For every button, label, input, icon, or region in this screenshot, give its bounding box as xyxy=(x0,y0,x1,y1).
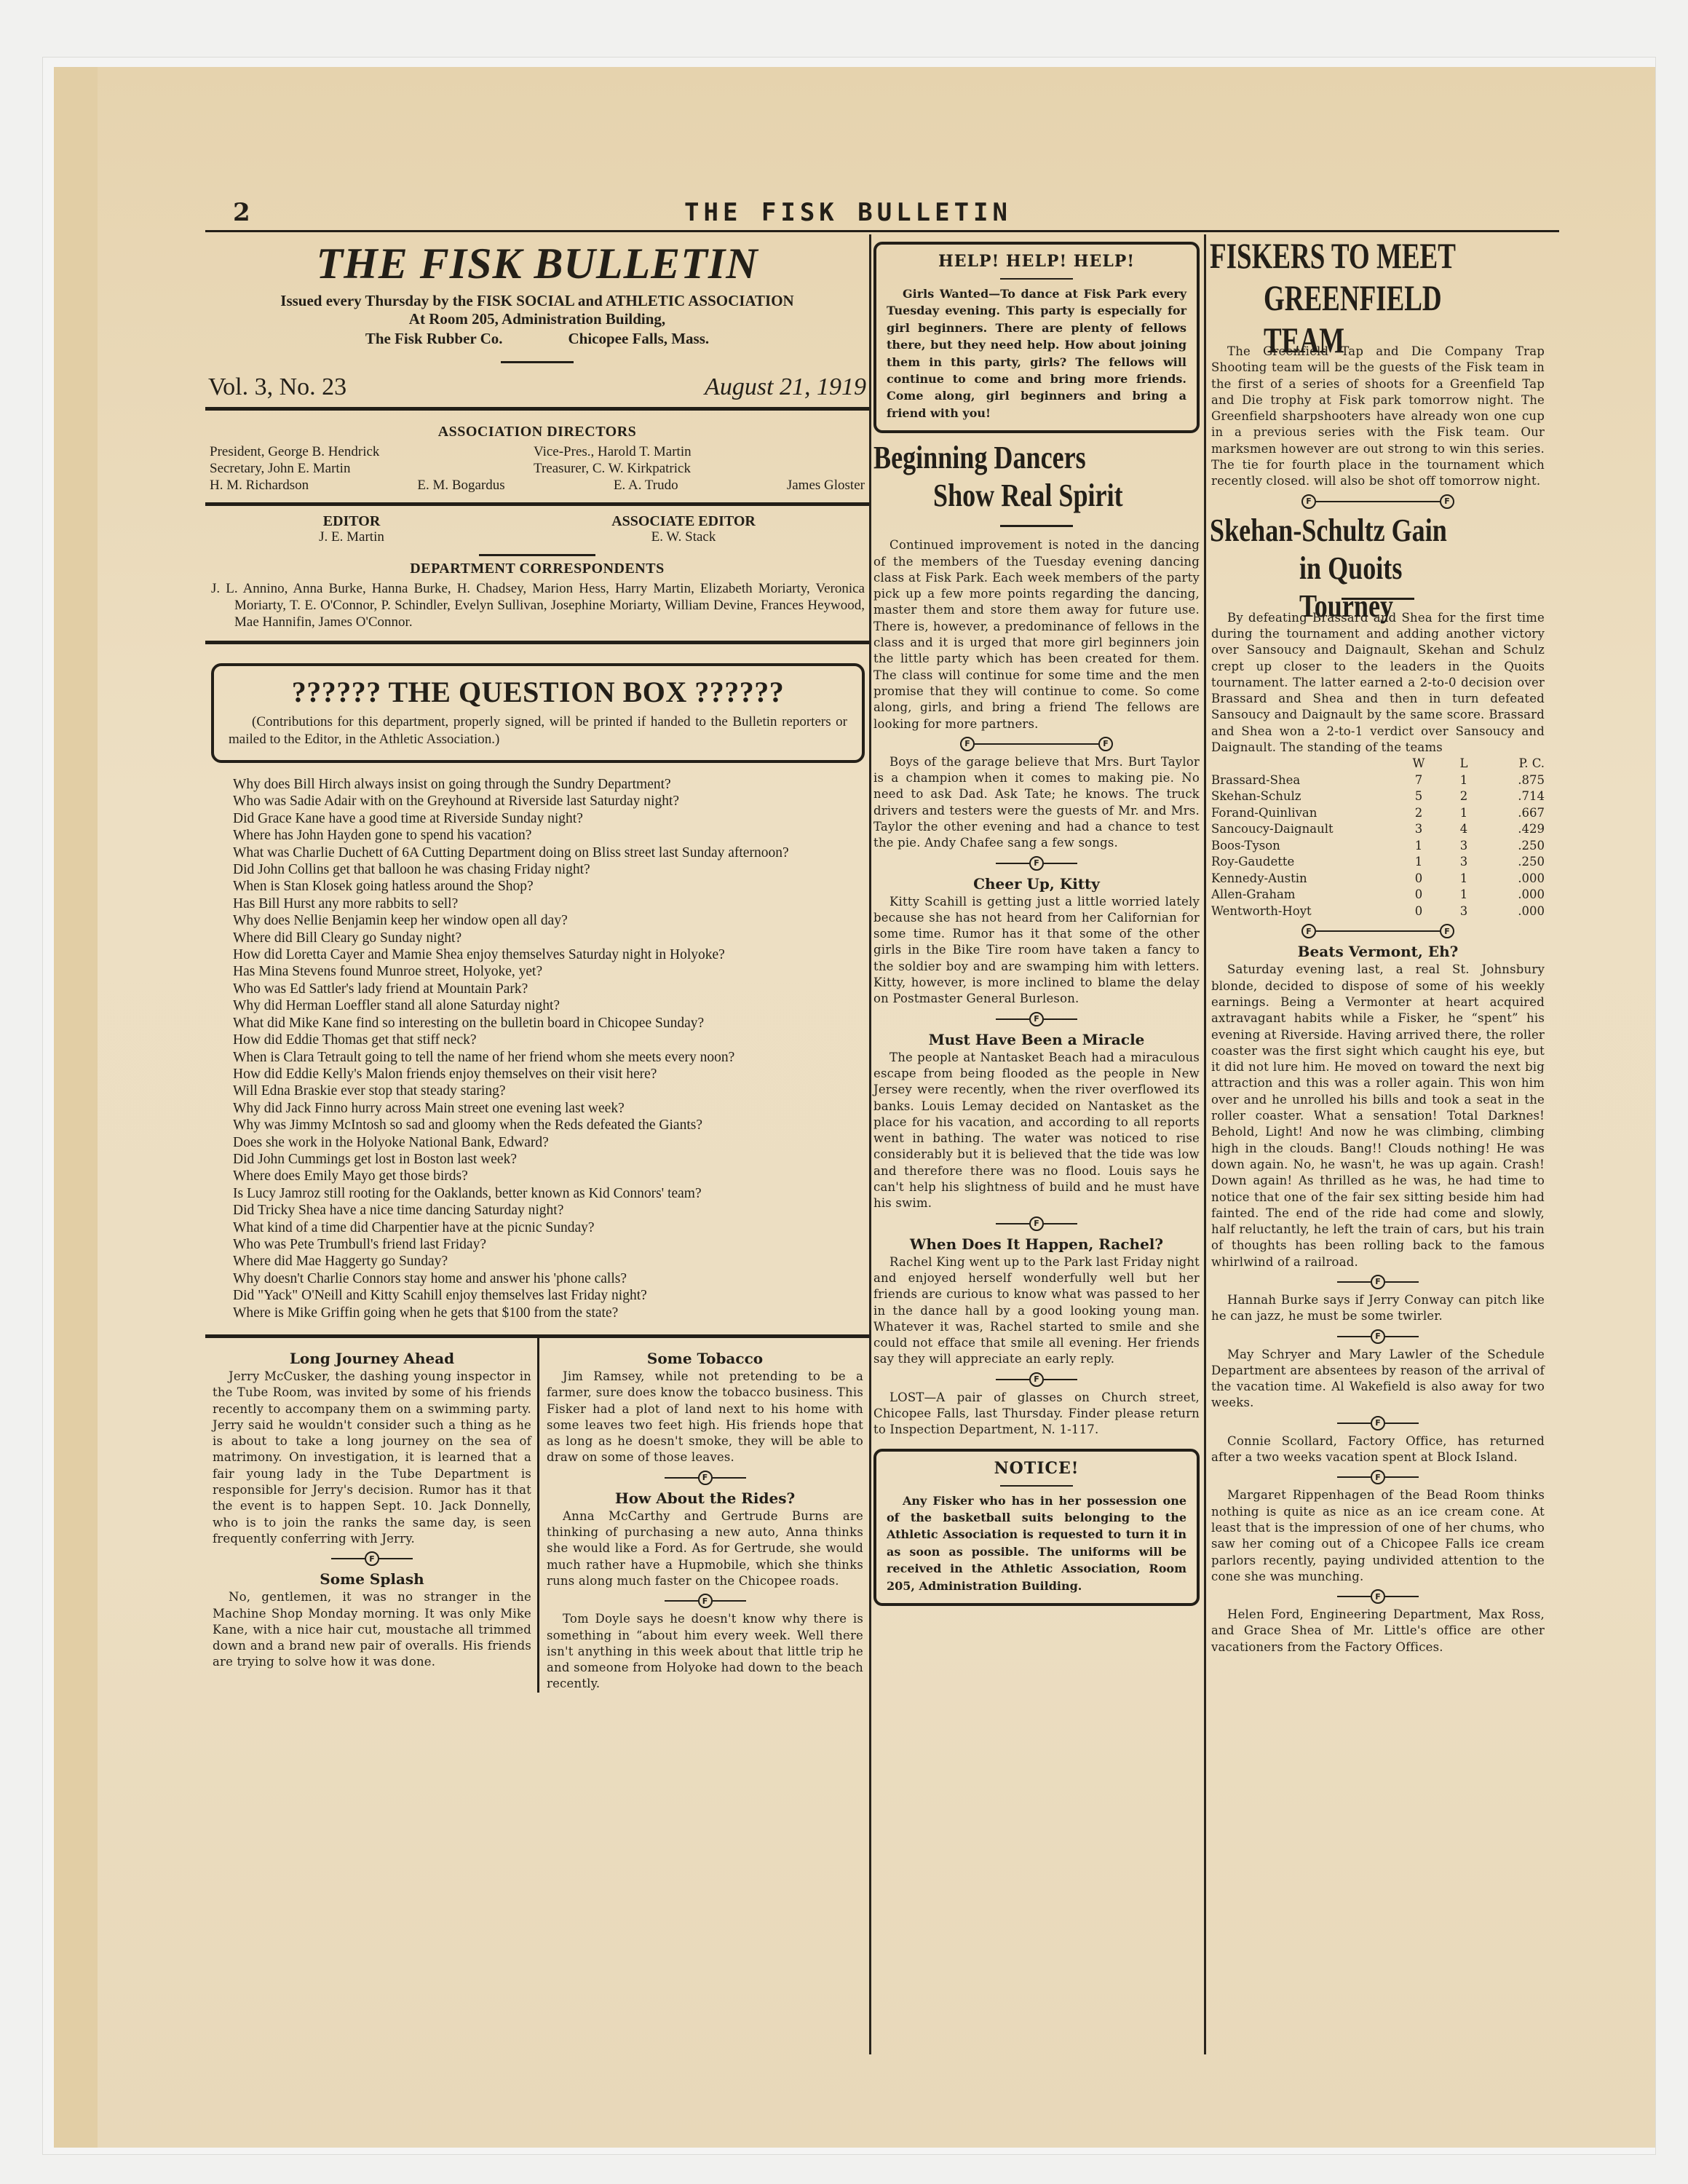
question: When is Stan Klosek going hatless around… xyxy=(210,878,865,895)
article-body: May Schryer and Mary Lawler of the Sched… xyxy=(1211,1347,1545,1412)
masthead-company-line: The Fisk Rubber Co. Chicopee Falls, Mass… xyxy=(205,330,869,348)
article-rippenhagen: Margaret Rippenhagen of the Bead Room th… xyxy=(1207,1487,1549,1585)
running-title: THE FISK BULLETIN xyxy=(684,198,1012,227)
standings-table: W L P. C. Brassard-Shea71.875 Skehan-Sch… xyxy=(1211,756,1545,919)
article-dancers: Continued improvement is noted in the da… xyxy=(871,537,1202,732)
fisk-f-ornament-icon: F xyxy=(1207,1589,1549,1604)
question-box-note: (Contributions for this department, prop… xyxy=(229,713,847,748)
article-long-journey: Long Journey Ahead Jerry McCusker, the d… xyxy=(213,1350,531,1547)
article-ford: Helen Ford, Engineering Department, Max … xyxy=(1207,1607,1549,1655)
notice-box-title: NOTICE! xyxy=(887,1459,1186,1478)
director-member: H. M. Richardson xyxy=(210,477,309,494)
column-header: L xyxy=(1441,756,1486,772)
question: How did Loretta Cayer and Mamie Shea enj… xyxy=(210,946,865,963)
article-title: Long Journey Ahead xyxy=(213,1350,531,1367)
help-box-title: HELP! HELP! HELP! xyxy=(887,252,1186,271)
question: Did Tricky Shea have a nice time dancing… xyxy=(210,1202,865,1219)
standings-header-row: W L P. C. xyxy=(1211,756,1545,772)
section-rule xyxy=(205,641,869,644)
director-treasurer: Treasurer, C. W. Kirkpatrick xyxy=(534,460,691,477)
fisk-f-ornament-icon: F xyxy=(1207,1275,1549,1289)
article-body: Anna McCarthy and Gertrude Burns are thi… xyxy=(547,1508,863,1589)
question: Why does Bill Hirch always insist on goi… xyxy=(210,776,865,793)
question: Has Bill Hurst any more rabbits to sell? xyxy=(210,895,865,912)
question: Did John Collins get that balloon he was… xyxy=(210,861,865,878)
article-body: Connie Scollard, Factory Office, has ret… xyxy=(1211,1433,1545,1466)
table-row: Sancoucy-Daignault34.429 xyxy=(1211,821,1545,838)
article-title: Beats Vermont, Eh? xyxy=(1211,943,1545,960)
question: Does she work in the Holyoke National Ba… xyxy=(210,1134,865,1151)
question: Did Grace Kane have a good time at River… xyxy=(210,810,865,827)
question: Where has John Hayden gone to spend his … xyxy=(210,827,865,844)
volume-number: Vol. 3, No. 23 xyxy=(208,373,346,401)
fisk-f-ornament-icon: F xyxy=(1207,1416,1549,1431)
fisk-f-ornament-icon: F xyxy=(547,1594,863,1608)
headline-dancers: Beginning Dancers Show Real Spirit xyxy=(871,439,1202,521)
editor-label: EDITOR xyxy=(319,513,384,529)
article-body: Kitty Scahill is getting just a little w… xyxy=(873,894,1200,1008)
article-title: Cheer Up, Kitty xyxy=(873,875,1200,893)
article-rachel: When Does It Happen, Rachel? Rachel King… xyxy=(871,1235,1202,1368)
associate-editor-name: E. W. Stack xyxy=(651,529,716,545)
question: When is Clara Tetrault going to tell the… xyxy=(210,1049,865,1066)
masthead-room: At Room 205, Administration Building, xyxy=(205,310,869,328)
question: Who was Pete Trumbull's friend last Frid… xyxy=(210,1236,865,1253)
directors-heading: ASSOCIATION DIRECTORS xyxy=(205,424,869,440)
editors: EDITOR J. E. Martin ASSOCIATE EDITOR E. … xyxy=(205,506,869,550)
lower-left-section: Long Journey Ahead Jerry McCusker, the d… xyxy=(205,1334,869,1693)
article-body: Jerry McCusker, the dashing young inspec… xyxy=(213,1369,531,1547)
article-miracle: Must Have Been a Miracle The people at N… xyxy=(871,1031,1202,1212)
left-column: THE FISK BULLETIN Issued every Thursday … xyxy=(205,234,869,1693)
fisk-f-ornament-icon: FF xyxy=(1207,924,1549,938)
question: Did John Cummings get lost in Boston las… xyxy=(210,1151,865,1168)
article-body: No, gentlemen, it was no stranger in the… xyxy=(213,1589,531,1670)
table-row: Roy-Gaudette13.250 xyxy=(1211,854,1545,871)
lower-subcolumn-right: Some Tobacco Jim Ramsey, while not prete… xyxy=(537,1338,869,1693)
section-rule xyxy=(1000,525,1073,527)
question: Has Mina Stevens found Munroe street, Ho… xyxy=(210,963,865,980)
section-rule xyxy=(205,407,869,411)
question: Why does Nellie Benjamin keep her window… xyxy=(210,912,865,929)
question: Did "Yack" O'Neill and Kitty Scahill enj… xyxy=(210,1287,865,1304)
question: Where did Mae Haggerty go Sunday? xyxy=(210,1253,865,1270)
directors-list: President, George B. Hendrick Vice-Pres.… xyxy=(205,443,869,502)
associate-editor-label: ASSOCIATE EDITOR xyxy=(611,513,756,529)
folded-edge xyxy=(54,67,98,2148)
table-row: Skehan-Schulz52.714 xyxy=(1211,788,1545,805)
fisk-f-ornament-icon: FF xyxy=(871,737,1202,751)
article-body: Rachel King went up to the Park last Fri… xyxy=(873,1254,1200,1368)
article-hannah: Hannah Burke says if Jerry Conway can pi… xyxy=(1207,1292,1549,1325)
article-body: Saturday evening last, a real St. Johnsb… xyxy=(1211,962,1545,1270)
article-body: Continued improvement is noted in the da… xyxy=(873,537,1200,732)
question: Who was Ed Sattler's lady friend at Moun… xyxy=(210,981,865,997)
question: Who was Sadie Adair with on the Greyhoun… xyxy=(210,793,865,810)
question: Where does Emily Mayo get those birds? xyxy=(210,1168,865,1184)
director-member: James Gloster xyxy=(787,477,865,494)
article-body: LOST—A pair of glasses on Church street,… xyxy=(873,1390,1200,1439)
fisk-f-ornament-icon: F xyxy=(1207,1470,1549,1484)
article-garage: Boys of the garage believe that Mrs. Bur… xyxy=(871,754,1202,852)
headline-line: Skehan-Schultz Gain xyxy=(1210,512,1488,550)
fisk-f-ornament-icon: F xyxy=(547,1471,863,1485)
article-body: Tom Doyle says he doesn't know why there… xyxy=(547,1611,863,1692)
help-box-body: Girls Wanted—To dance at Fisk Park every… xyxy=(887,285,1186,422)
fisk-f-ornament-icon: F xyxy=(871,1012,1202,1026)
director-secretary: Secretary, John E. Martin xyxy=(210,460,534,477)
question: Why was Jimmy McIntosh so sad and gloomy… xyxy=(210,1117,865,1133)
header-rule xyxy=(205,230,1559,232)
fisk-f-ornament-icon: F xyxy=(1207,1329,1549,1344)
director-president: President, George B. Hendrick xyxy=(210,443,534,460)
article-kitty: Cheer Up, Kitty Kitty Scahill is getting… xyxy=(871,875,1202,1008)
article-title: How About the Rides? xyxy=(547,1489,863,1507)
article-fiskers: The Greenfield Tap and Die Company Trap … xyxy=(1207,344,1549,490)
question-box-title: ?????? THE QUESTION BOX ?????? xyxy=(229,675,847,709)
question: What kind of a time did Charpentier have… xyxy=(210,1219,865,1236)
headline-line: Show Real Spirit xyxy=(873,477,1144,515)
article-lost: LOST—A pair of glasses on Church street,… xyxy=(871,1390,1202,1439)
question: Will Edna Braskie ever stop that steady … xyxy=(210,1083,865,1099)
article-body: Jim Ramsey, while not pretending to be a… xyxy=(547,1369,863,1466)
question: Why doesn't Charlie Connors stay home an… xyxy=(210,1270,865,1287)
question-list: Why does Bill Hirch always insist on goi… xyxy=(205,776,869,1321)
question-box-header: ?????? THE QUESTION BOX ?????? (Contribu… xyxy=(211,663,865,763)
article-body: The people at Nantasket Beach had a mira… xyxy=(873,1050,1200,1212)
article-scollard: Connie Scollard, Factory Office, has ret… xyxy=(1207,1433,1549,1466)
article-title: When Does It Happen, Rachel? xyxy=(873,1235,1200,1253)
correspondents-list: J. L. Annino, Anna Burke, Hanna Burke, H… xyxy=(205,580,869,641)
editor-name: J. E. Martin xyxy=(319,529,384,545)
fisk-f-ornament-icon: FF xyxy=(1207,494,1549,509)
table-row: Boos-Tyson13.250 xyxy=(1211,838,1545,855)
article-title: Some Splash xyxy=(213,1570,531,1588)
fisk-f-ornament-icon: F xyxy=(871,1216,1202,1231)
article-tom-doyle: Tom Doyle says he doesn't know why there… xyxy=(547,1611,863,1692)
table-row: Brassard-Shea71.875 xyxy=(1211,772,1545,789)
right-column: FISKERS TO MEET GREENFIELD TEAM The Gree… xyxy=(1207,234,1549,1655)
section-rule xyxy=(479,554,595,556)
masthead-issued: Issued every Thursday by the FISK SOCIAL… xyxy=(205,292,869,310)
article-body: Helen Ford, Engineering Department, Max … xyxy=(1211,1607,1545,1655)
lower-subcolumn-left: Long Journey Ahead Jerry McCusker, the d… xyxy=(205,1338,537,1693)
running-header: 2 THE FISK BULLETIN xyxy=(233,198,1565,227)
article-some-tobacco: Some Tobacco Jim Ramsey, while not prete… xyxy=(547,1350,863,1466)
column-divider xyxy=(1204,234,1206,2054)
middle-column: HELP! HELP! HELP! Girls Wanted—To dance … xyxy=(871,234,1202,1612)
question: Is Lucy Jamroz still rooting for the Oak… xyxy=(210,1185,865,1202)
issue-date: August 21, 1919 xyxy=(705,373,866,401)
correspondents-heading: DEPARTMENT CORRESPONDENTS xyxy=(205,561,869,577)
fisk-f-ornament-icon: F xyxy=(871,1372,1202,1387)
article-body: Hannah Burke says if Jerry Conway can pi… xyxy=(1211,1292,1545,1325)
help-notice-box: HELP! HELP! HELP! Girls Wanted—To dance … xyxy=(873,242,1200,433)
article-body: Margaret Rippenhagen of the Bead Room th… xyxy=(1211,1487,1545,1585)
article-rides: How About the Rides? Anna McCarthy and G… xyxy=(547,1489,863,1589)
article-vermont: Beats Vermont, Eh? Saturday evening last… xyxy=(1207,943,1549,1270)
question: How did Eddie Kelly's Malon friends enjo… xyxy=(210,1066,865,1083)
table-row: Allen-Graham01.000 xyxy=(1211,887,1545,903)
headline-line: FISKERS TO MEET xyxy=(1210,234,1461,277)
column-header: W xyxy=(1396,756,1441,772)
director-member: E. A. Trudo xyxy=(614,477,678,494)
notice-box-body: Any Fisker who has in her possession one… xyxy=(887,1492,1186,1594)
question: What did Mike Kane find so interesting o… xyxy=(210,1015,865,1032)
article-body: Boys of the garage believe that Mrs. Bur… xyxy=(873,754,1200,852)
question: What was Charlie Duchett of 6A Cutting D… xyxy=(210,844,865,861)
headline-line: Beginning Dancers xyxy=(873,439,1144,477)
article-body: The Greenfield Tap and Die Company Trap … xyxy=(1211,344,1545,490)
notice-box: NOTICE! Any Fisker who has in her posses… xyxy=(873,1449,1200,1606)
article-quoits: By defeating Brassard and Shea for the f… xyxy=(1207,610,1549,920)
page-number: 2 xyxy=(233,198,250,227)
article-schryer: May Schryer and Mary Lawler of the Sched… xyxy=(1207,1347,1549,1412)
article-title: Some Tobacco xyxy=(547,1350,863,1367)
fisk-f-ornament-icon: F xyxy=(213,1551,531,1566)
fisk-f-ornament-icon: F xyxy=(871,856,1202,871)
headline-quoits: Skehan-Schultz Gain in Quoits Tourney xyxy=(1207,512,1549,593)
table-row: Forand-Quinlivan21.667 xyxy=(1211,805,1545,822)
question: Where did Bill Cleary go Sunday night? xyxy=(210,930,865,946)
question: Why did Herman Loeffler stand all alone … xyxy=(210,997,865,1014)
masthead-location: Chicopee Falls, Mass. xyxy=(568,330,710,348)
associate-editor-block: ASSOCIATE EDITOR E. W. Stack xyxy=(611,513,756,545)
masthead-company: The Fisk Rubber Co. xyxy=(365,330,503,348)
article-title: Must Have Been a Miracle xyxy=(873,1031,1200,1048)
headline-fiskers: FISKERS TO MEET GREENFIELD TEAM xyxy=(1207,234,1549,325)
masthead: THE FISK BULLETIN Issued every Thursday … xyxy=(205,239,869,363)
column-header: P. C. xyxy=(1486,756,1545,772)
table-row: Kennedy-Austin01.000 xyxy=(1211,871,1545,887)
article-some-splash: Some Splash No, gentlemen, it was no str… xyxy=(213,1570,531,1670)
article-body: By defeating Brassard and Shea for the f… xyxy=(1211,610,1545,756)
masthead-title: THE FISK BULLETIN xyxy=(205,239,869,289)
headline-line: in Quoits Tourney xyxy=(1210,550,1488,625)
table-row: Wentworth-Hoyt03.000 xyxy=(1211,903,1545,920)
volume-line: Vol. 3, No. 23 August 21, 1919 xyxy=(205,373,869,407)
headline-line: GREENFIELD TEAM xyxy=(1210,277,1461,361)
editor-block: EDITOR J. E. Martin xyxy=(319,513,384,545)
question: Where is Mike Griffin going when he gets… xyxy=(210,1305,865,1321)
director-vice-president: Vice-Pres., Harold T. Martin xyxy=(534,443,692,460)
question: Why did Jack Finno hurry across Main str… xyxy=(210,1100,865,1117)
question: How did Eddie Thomas get that stiff neck… xyxy=(210,1032,865,1048)
masthead-rule xyxy=(501,361,574,363)
director-member: E. M. Bogardus xyxy=(417,477,504,494)
